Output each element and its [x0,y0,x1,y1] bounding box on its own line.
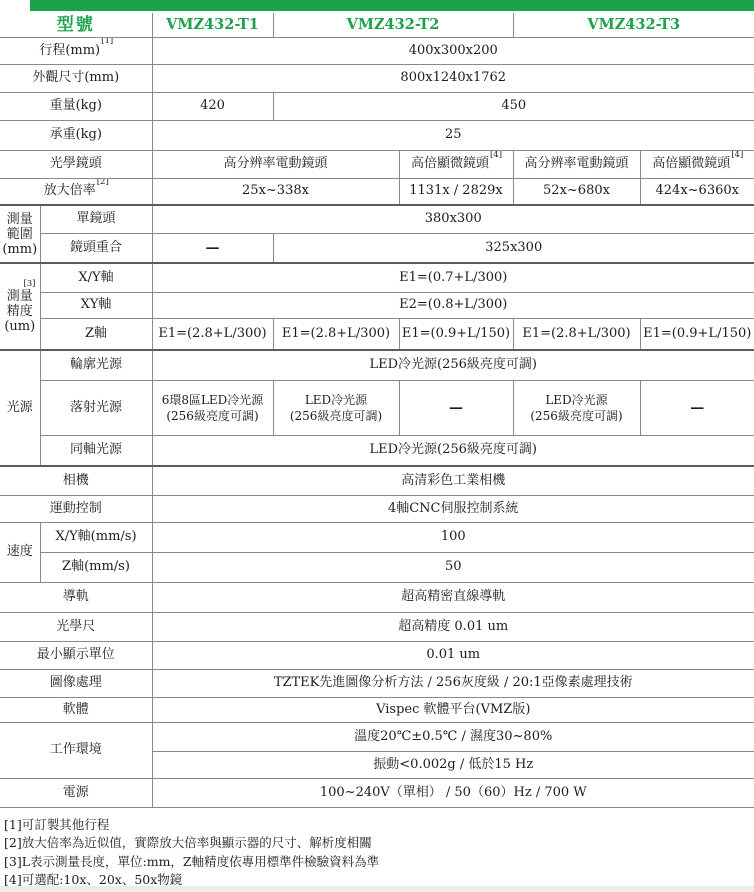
row-accuracy-z: Z軸 E1=(2.8+L/300) E1=(2.8+L/300) E1=(0.9… [0,318,754,350]
value-load: 25 [152,120,754,150]
label-camera: 相機 [0,466,152,495]
row-weight: 重量(kg) 420 450 [0,92,754,120]
label-accuracy-xy: XY軸 [40,292,152,318]
row-speed-xy: 速度 X/Y軸(mm/s) 100 [0,522,754,552]
label-travel: 行程(mm)[1] [0,37,152,64]
row-accuracy-xy-slash: [3] 測量 精度 (um) X/Y軸 E1=(0.7+L/300) [0,263,754,292]
value-overlap-others: 325x300 [273,233,754,263]
value-lens-t2-micro: 高倍顯微鏡頭[4] [399,150,513,178]
label-dimension: 外觀尺寸(mm) [0,64,152,92]
value-fall-c3-dash: — [399,380,513,435]
row-imaging: 圖像處理 TZTEK先進圖像分析方法 / 256灰度級 / 20:1亞像素處理技… [0,669,754,697]
row-magnification: 放大倍率[2] 25x~338x 1131x / 2829x 52x~680x … [0,178,754,205]
value-accuracy-xy-slash: E1=(0.7+L/300) [152,263,754,292]
row-light-contour: 光源 輪廓光源 LED冷光源(256級亮度可調) [0,350,754,380]
group-range-line2: 範圍 [2,227,38,242]
value-imaging: TZTEK先進圖像分析方法 / 256灰度級 / 20:1亞像素處理技術 [152,669,754,697]
value-software: Vispec 軟體平台(VMZ版) [152,697,754,722]
label-motion: 運動控制 [0,495,152,522]
row-speed-z: Z軸(mm/s) 50 [0,552,754,582]
row-travel: 行程(mm)[1] 400x300x200 [0,37,754,64]
group-accuracy-line2: 精度 [2,304,38,319]
label-software: 軟體 [0,697,152,722]
row-light-fall: 落射光源 6環8區LED冷光源 (256級亮度可調) LED冷光源 (256級亮… [0,380,754,435]
label-light-coaxial: 同軸光源 [40,435,152,466]
value-scale: 超高精度 0.01 um [152,612,754,641]
value-speed-z: 50 [152,552,754,582]
group-range-line3: (mm) [2,242,38,257]
value-motion: 4軸CNC伺服控制系統 [152,495,754,522]
value-speed-xy: 100 [152,522,754,552]
group-label-light: 光源 [0,350,40,466]
label-range-overlap: 鏡頭重合 [40,233,152,263]
label-speed-xy: X/Y軸(mm/s) [40,522,152,552]
footnotes: [1]可訂製其他行程 [2]放大倍率為近似值，實際放大倍率與顯示器的尺寸、解析度… [4,816,754,890]
value-environment-temp: 溫度20℃±0.5℃ / 濕度30~80% [152,722,754,751]
row-light-coaxial: 同軸光源 LED冷光源(256級亮度可調) [0,435,754,466]
value-travel: 400x300x200 [152,37,754,64]
label-guide: 導軌 [0,582,152,612]
row-guide: 導軌 超高精密直線導軌 [0,582,754,612]
row-motion: 運動控制 4軸CNC伺服控制系統 [0,495,754,522]
label-resolution: 最小顯示單位 [0,641,152,669]
value-fall-c5-dash: — [640,380,754,435]
label-power: 電源 [0,778,152,807]
label-accuracy-z: Z軸 [40,318,152,350]
label-range-single: 單鏡頭 [40,205,152,233]
value-lens-t3-micro: 高倍顯微鏡頭[4] [640,150,754,178]
value-accuracy-z-c5: E1=(0.9+L/150) [640,318,754,350]
label-speed-z: Z軸(mm/s) [40,552,152,582]
row-power: 電源 100~240V（單相） / 50（60）Hz / 700 W [0,778,754,807]
label-lens: 光學鏡頭 [0,150,152,178]
value-resolution: 0.01 um [152,641,754,669]
row-range-overlap: 鏡頭重合 — 325x300 [0,233,754,263]
model-header-label: 型號 [0,13,152,37]
value-dimension: 800x1240x1762 [152,64,754,92]
label-travel-text: 行程(mm) [39,43,100,58]
value-mag-t3-motor: 52x~680x [513,178,640,205]
value-mag-t2-micro: 1131x / 2829x [399,178,513,205]
value-overlap-t1-dash: — [152,233,273,263]
footnote-ref-4b: [4] [731,150,743,160]
footnote-ref-4: [4] [490,150,502,160]
value-mag-t3-micro: 424x~6360x [640,178,754,205]
footnote-3: [3]L表示測量長度，單位:mm，Z軸精度依專用標準件檢驗資料為準 [4,853,754,872]
spec-sheet-page: { "colors": { "accent_green": "#1ca24b",… [0,0,754,892]
label-light-contour: 輪廓光源 [40,350,152,380]
value-mag-t1: 25x~338x [152,178,399,205]
value-weight-t1: 420 [152,92,273,120]
value-fall-c2: LED冷光源 (256級亮度可調) [273,380,399,435]
value-lens-t3-motor: 高分辨率電動鏡頭 [513,150,640,178]
value-accuracy-z-c3: E1=(0.9+L/150) [399,318,513,350]
row-software: 軟體 Vispec 軟體平台(VMZ版) [0,697,754,722]
label-imaging: 圖像處理 [0,669,152,697]
value-power: 100~240V（單相） / 50（60）Hz / 700 W [152,778,754,807]
footnote-ref-2: [2] [97,178,109,187]
value-light-coaxial: LED冷光源(256級亮度可調) [152,435,754,466]
value-accuracy-z-c2: E1=(2.8+L/300) [273,318,399,350]
row-load: 承重(kg) 25 [0,120,754,150]
footnote-ref-3: [3] [2,280,38,289]
value-lens-t3-micro-text: 高倍顯微鏡頭 [652,156,730,171]
label-magnification-text: 放大倍率 [44,183,96,198]
value-range-single: 380x300 [152,205,754,233]
row-accuracy-xy: XY軸 E2=(0.8+L/300) [0,292,754,318]
label-environment: 工作環境 [0,722,152,778]
value-light-contour: LED冷光源(256級亮度可調) [152,350,754,380]
label-weight: 重量(kg) [0,92,152,120]
value-fall-c1: 6環8區LED冷光源 (256級亮度可調) [152,380,273,435]
group-range-line1: 測量 [2,212,38,227]
label-load: 承重(kg) [0,120,152,150]
value-lens-t1: 高分辨率電動鏡頭 [152,150,399,178]
group-label-accuracy: [3] 測量 精度 (um) [0,263,40,350]
row-environment-temp: 工作環境 溫度20℃±0.5℃ / 濕度30~80% [0,722,754,751]
row-resolution: 最小顯示單位 0.01 um [0,641,754,669]
model-t3-header: VMZ432-T3 [513,13,754,37]
header-row: 型號 VMZ432-T1 VMZ432-T2 VMZ432-T3 [0,13,754,37]
label-light-fall: 落射光源 [40,380,152,435]
footnote-ref-1: [1] [101,37,113,46]
group-accuracy-line1: 測量 [2,289,38,304]
value-environment-vibration: 振動<0.002g / 低於15 Hz [152,751,754,778]
spec-table: 型號 VMZ432-T1 VMZ432-T2 VMZ432-T3 行程(mm)[… [0,13,754,808]
row-scale: 光學尺 超高精度 0.01 um [0,612,754,641]
group-label-speed: 速度 [0,522,40,582]
label-magnification: 放大倍率[2] [0,178,152,205]
group-accuracy-line3: (um) [2,319,38,334]
label-scale: 光學尺 [0,612,152,641]
label-accuracy-xy-slash: X/Y軸 [40,263,152,292]
value-accuracy-xy: E2=(0.8+L/300) [152,292,754,318]
value-fall-c4: LED冷光源 (256級亮度可調) [513,380,640,435]
model-t2-header: VMZ432-T2 [273,13,513,37]
row-lens: 光學鏡頭 高分辨率電動鏡頭 高倍顯微鏡頭[4] 高分辨率電動鏡頭 高倍顯微鏡頭[… [0,150,754,178]
bottom-gray-strip [0,886,754,892]
value-camera: 高清彩色工業相機 [152,466,754,495]
model-t1-header: VMZ432-T1 [152,13,273,37]
value-weight-others: 450 [273,92,754,120]
value-guide: 超高精密直線導軌 [152,582,754,612]
value-lens-t2-micro-text: 高倍顯微鏡頭 [411,156,489,171]
footnote-1: [1]可訂製其他行程 [4,816,754,835]
row-range-single: 測量 範圍 (mm) 單鏡頭 380x300 [0,205,754,233]
footnote-2: [2]放大倍率為近似值，實際放大倍率與顯示器的尺寸、解析度相關 [4,834,754,853]
row-camera: 相機 高清彩色工業相機 [0,466,754,495]
row-dimension: 外觀尺寸(mm) 800x1240x1762 [0,64,754,92]
value-accuracy-z-c1: E1=(2.8+L/300) [152,318,273,350]
value-accuracy-z-c4: E1=(2.8+L/300) [513,318,640,350]
group-label-range: 測量 範圍 (mm) [0,205,40,263]
green-accent-bar [30,0,754,11]
